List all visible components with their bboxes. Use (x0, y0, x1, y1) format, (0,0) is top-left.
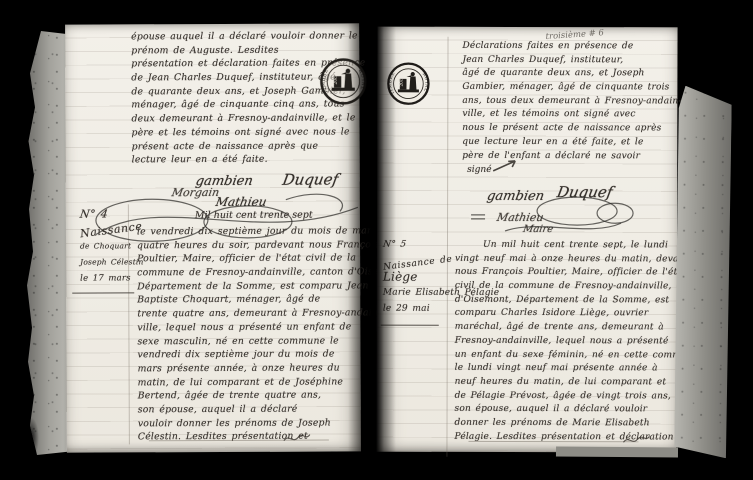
page-block-fore-edge (674, 86, 732, 459)
manuscript-line: trente quatre ans, demeurant à Fresnoy-a… (137, 306, 407, 321)
manuscript-line: un enfant du sexe féminin, né en cette c… (455, 348, 709, 362)
stamp-value: 20c (333, 76, 339, 85)
manuscript-line: maréchal, âgé de trente ans, demeurant à (455, 321, 709, 335)
manuscript-line: sexe masculin, né en cette commune le (137, 334, 407, 349)
manuscript-line: Poultier, Maire, officier de l'état civi… (137, 252, 407, 267)
manuscript-line: âgé de quarante deux ans, et Joseph (462, 67, 681, 81)
manuscript-line: Baptiste Choquart, ménager, âgé de (137, 293, 407, 308)
paraph-flourish (622, 433, 650, 447)
margin-underline (381, 325, 439, 326)
manuscript-line: Fresnoy-andainville, lequel nous a prése… (455, 335, 709, 349)
manuscript-line: Gambier, ménager, âgé de cinquante trois (462, 81, 681, 95)
manuscript-line: le vendredi dix septième jour du mois de… (137, 224, 407, 239)
manuscript-line: présent acte de naissance après que (132, 139, 366, 154)
manuscript-line: matin, de lui comparant et de Joséphine (138, 375, 408, 390)
manuscript-line: nous François Poultier, Maire, officier … (455, 266, 709, 280)
manuscript-line: donner les prénoms de Marie Elisabeth (454, 417, 708, 431)
manuscript-line: lecture leur en a été faite. (132, 153, 366, 168)
manuscript-line: que lecture leur en a été faite, et le (462, 136, 681, 150)
manuscript-line: épouse auquel il a déclaré vouloir donne… (131, 29, 365, 44)
manuscript-line: Département de la Somme, est comparu Jea… (137, 279, 407, 294)
act-5-text: Un mil huit cent trente sept, le lundi v… (454, 239, 708, 445)
timbre-royal-stamp: TIMBRE ROYAL 20c (319, 57, 367, 105)
manuscript-line: neuf heures du matin, de lui comparant e… (455, 376, 709, 390)
act-4-closing-text: Déclarations faites en présence de Jean … (462, 40, 682, 164)
act-4-margin-note: N° 4 Naissance de Choquart Joseph Célest… (80, 206, 144, 286)
manuscript-line: Bertend, âgée de trente quatre ans, (138, 388, 408, 403)
manuscript-line: le lundi vingt neuf mai présente année à (455, 362, 709, 376)
manuscript-line: Célestin. Lesdites présentation et (138, 429, 408, 444)
manuscript-line: civil de la commune de Fresnoy-andainvil… (455, 280, 709, 294)
manuscript-line: ans, tous deux demeurant à Fresnoy-andai… (462, 95, 681, 109)
manuscript-line: Jean Charles Duquef, instituteur, (462, 54, 681, 68)
register-page-right: troisième # 6 TIMBRE ROYAL 20c (376, 27, 677, 453)
manuscript-line: Pélagie. Lesdites présentation et déclar… (454, 430, 708, 444)
manuscript-line: deux demeurant à Fresnoy-andainville, et… (131, 111, 365, 126)
stamp-value: 20c (399, 78, 404, 86)
page-stack-bottom-edge (556, 446, 678, 457)
manuscript-line: vingt neuf mai à onze heures du matin, d… (455, 252, 709, 266)
margin-date: le 17 mars (80, 270, 144, 286)
manuscript-line: comparu Charles Isidore Liège, ouvrier (455, 307, 709, 321)
register-page-left: épouse auquel il a déclaré vouloir donne… (65, 23, 361, 452)
act-4-text: le vendredi dix septième jour du mois de… (137, 224, 407, 444)
manuscript-line: mars présente année, à onze heures du (138, 361, 408, 376)
margin-underline (72, 292, 134, 294)
manuscript-line: son épouse, auquel il a déclaré (138, 402, 408, 417)
manuscript-line: quatre heures du soir, pardevant nous Fr… (137, 238, 407, 253)
manuscript-line: d'Oisemont, Département de la Somme, est (455, 294, 709, 308)
signature-flourish (469, 179, 639, 241)
manuscript-line: Déclarations faites en présence de (462, 40, 681, 54)
manuscript-line: père et les témoins ont signé avec nous … (132, 125, 366, 140)
paraph-flourish (283, 432, 311, 446)
manuscript-line: Un mil huit cent trente sept, le lundi (455, 239, 709, 253)
pencil-arrow-icon (491, 157, 521, 173)
manuscript-line: ville, lequel nous a présenté un enfant … (137, 320, 407, 335)
timbre-royal-stamp: TIMBRE ROYAL 20c (386, 62, 430, 106)
manuscript-line: de Pélagie Prévost, âgée de vingt trois … (455, 389, 709, 403)
manuscript-line: vendredi dix septième jour du mois de (137, 347, 407, 362)
manuscript-line: commune de Fresnoy-andainville, canton d… (137, 265, 407, 280)
act-4-opening: Mil huit cent trente sept (195, 210, 313, 222)
manuscript-line: nous le présent acte de naissance après (462, 122, 681, 136)
manuscript-line: son épouse, auquel il a déclaré vouloir (455, 403, 709, 417)
manuscript-line: prénom de Auguste. Lesdites (131, 43, 365, 58)
margin-name: Joseph Célestin (80, 254, 144, 270)
book-scan: épouse auquel il a déclaré vouloir donne… (0, 0, 753, 480)
manuscript-line: ville, et les témoins ont signé avec (462, 108, 681, 122)
manuscript-line: vouloir donner les prénoms de Joseph (138, 416, 408, 431)
signed-word: signé (467, 165, 491, 175)
